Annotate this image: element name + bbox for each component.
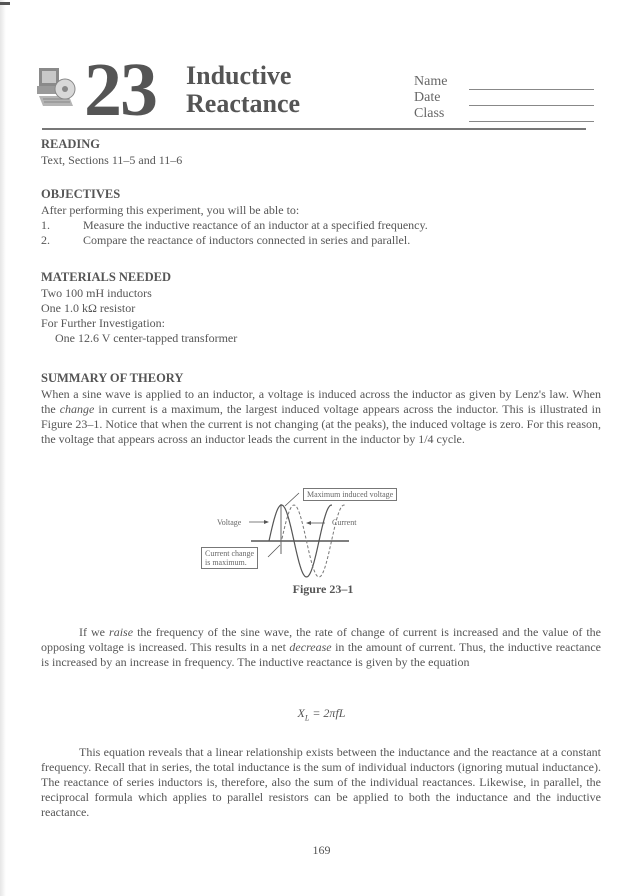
linear-relationship-paragraph: This equation reveals that a linear rela… [41, 745, 601, 820]
equation-lhs: X [298, 706, 305, 720]
voltage-label: Voltage [217, 518, 241, 527]
date-label: Date [414, 90, 454, 106]
class-field-row: Class [414, 106, 594, 122]
material-item: One 1.0 kΩ resistor [41, 301, 601, 316]
equation-rhs: = 2πfL [309, 706, 345, 720]
name-field-row: Name [414, 74, 594, 90]
class-field[interactable] [469, 109, 594, 122]
objective-item: 2. Compare the reactance of inductors co… [41, 233, 601, 248]
computer-cd-icon [35, 66, 77, 110]
objective-number: 2. [41, 233, 83, 248]
page-number: 169 [0, 843, 643, 858]
materials-section: MATERIALS NEEDED Two 100 mH inductors On… [41, 270, 601, 346]
reading-section: READING Text, Sections 11–5 and 11–6 [41, 137, 601, 168]
summary-heading: SUMMARY OF THEORY [41, 371, 601, 386]
paragraph-emphasis: decrease [289, 640, 331, 654]
current-label: Current [332, 518, 356, 527]
objective-number: 1. [41, 218, 83, 233]
summary-paragraph: When a sine wave is applied to an induct… [41, 387, 601, 447]
max-voltage-label: Maximum induced voltage [303, 488, 397, 501]
objective-item: 1. Measure the inductive reactance of an… [41, 218, 601, 233]
name-field[interactable] [469, 77, 594, 90]
figure-caption: Figure 23–1 [243, 582, 403, 597]
summary-emphasis: change [60, 402, 95, 416]
current-change-line1: Current change [205, 549, 254, 558]
chapter-title-line2: Reactance [186, 90, 300, 118]
figure-23-1: Maximum induced voltage Voltage Current … [195, 480, 445, 605]
objectives-section: OBJECTIVES After performing this experim… [41, 187, 601, 248]
objective-text: Compare the reactance of inductors conne… [83, 233, 410, 248]
frequency-paragraph: If we raise the frequency of the sine wa… [41, 625, 601, 670]
reactance-equation: XL = 2πfL [0, 706, 643, 722]
objectives-intro: After performing this experiment, you wi… [41, 203, 601, 218]
student-info-fields: Name Date Class [414, 74, 594, 122]
chapter-title-line1: Inductive [186, 62, 300, 90]
summary-text: in current is a maximum, the largest ind… [41, 402, 601, 446]
chapter-title: Inductive Reactance [186, 62, 300, 118]
paragraph-text: If we [79, 625, 109, 639]
class-label: Class [414, 106, 454, 122]
current-change-label: Current change is maximum. [201, 547, 258, 569]
objective-text: Measure the inductive reactance of an in… [83, 218, 428, 233]
header-divider [42, 128, 586, 130]
current-change-line2: is maximum. [205, 558, 254, 567]
page-edge-shadow [0, 0, 6, 896]
materials-heading: MATERIALS NEEDED [41, 270, 601, 285]
material-item-indented: One 12.6 V center-tapped transformer [41, 331, 601, 346]
objectives-heading: OBJECTIVES [41, 187, 601, 202]
chapter-number: 23 [84, 52, 156, 128]
material-item: For Further Investigation: [41, 316, 601, 331]
material-item: Two 100 mH inductors [41, 286, 601, 301]
paragraph-emphasis: raise [109, 625, 133, 639]
summary-section: SUMMARY OF THEORY When a sine wave is ap… [41, 371, 601, 447]
reading-text: Text, Sections 11–5 and 11–6 [41, 153, 601, 168]
name-label: Name [414, 74, 454, 90]
reading-heading: READING [41, 137, 601, 152]
date-field-row: Date [414, 90, 594, 106]
page-edge-mark [0, 2, 10, 5]
date-field[interactable] [469, 93, 594, 106]
